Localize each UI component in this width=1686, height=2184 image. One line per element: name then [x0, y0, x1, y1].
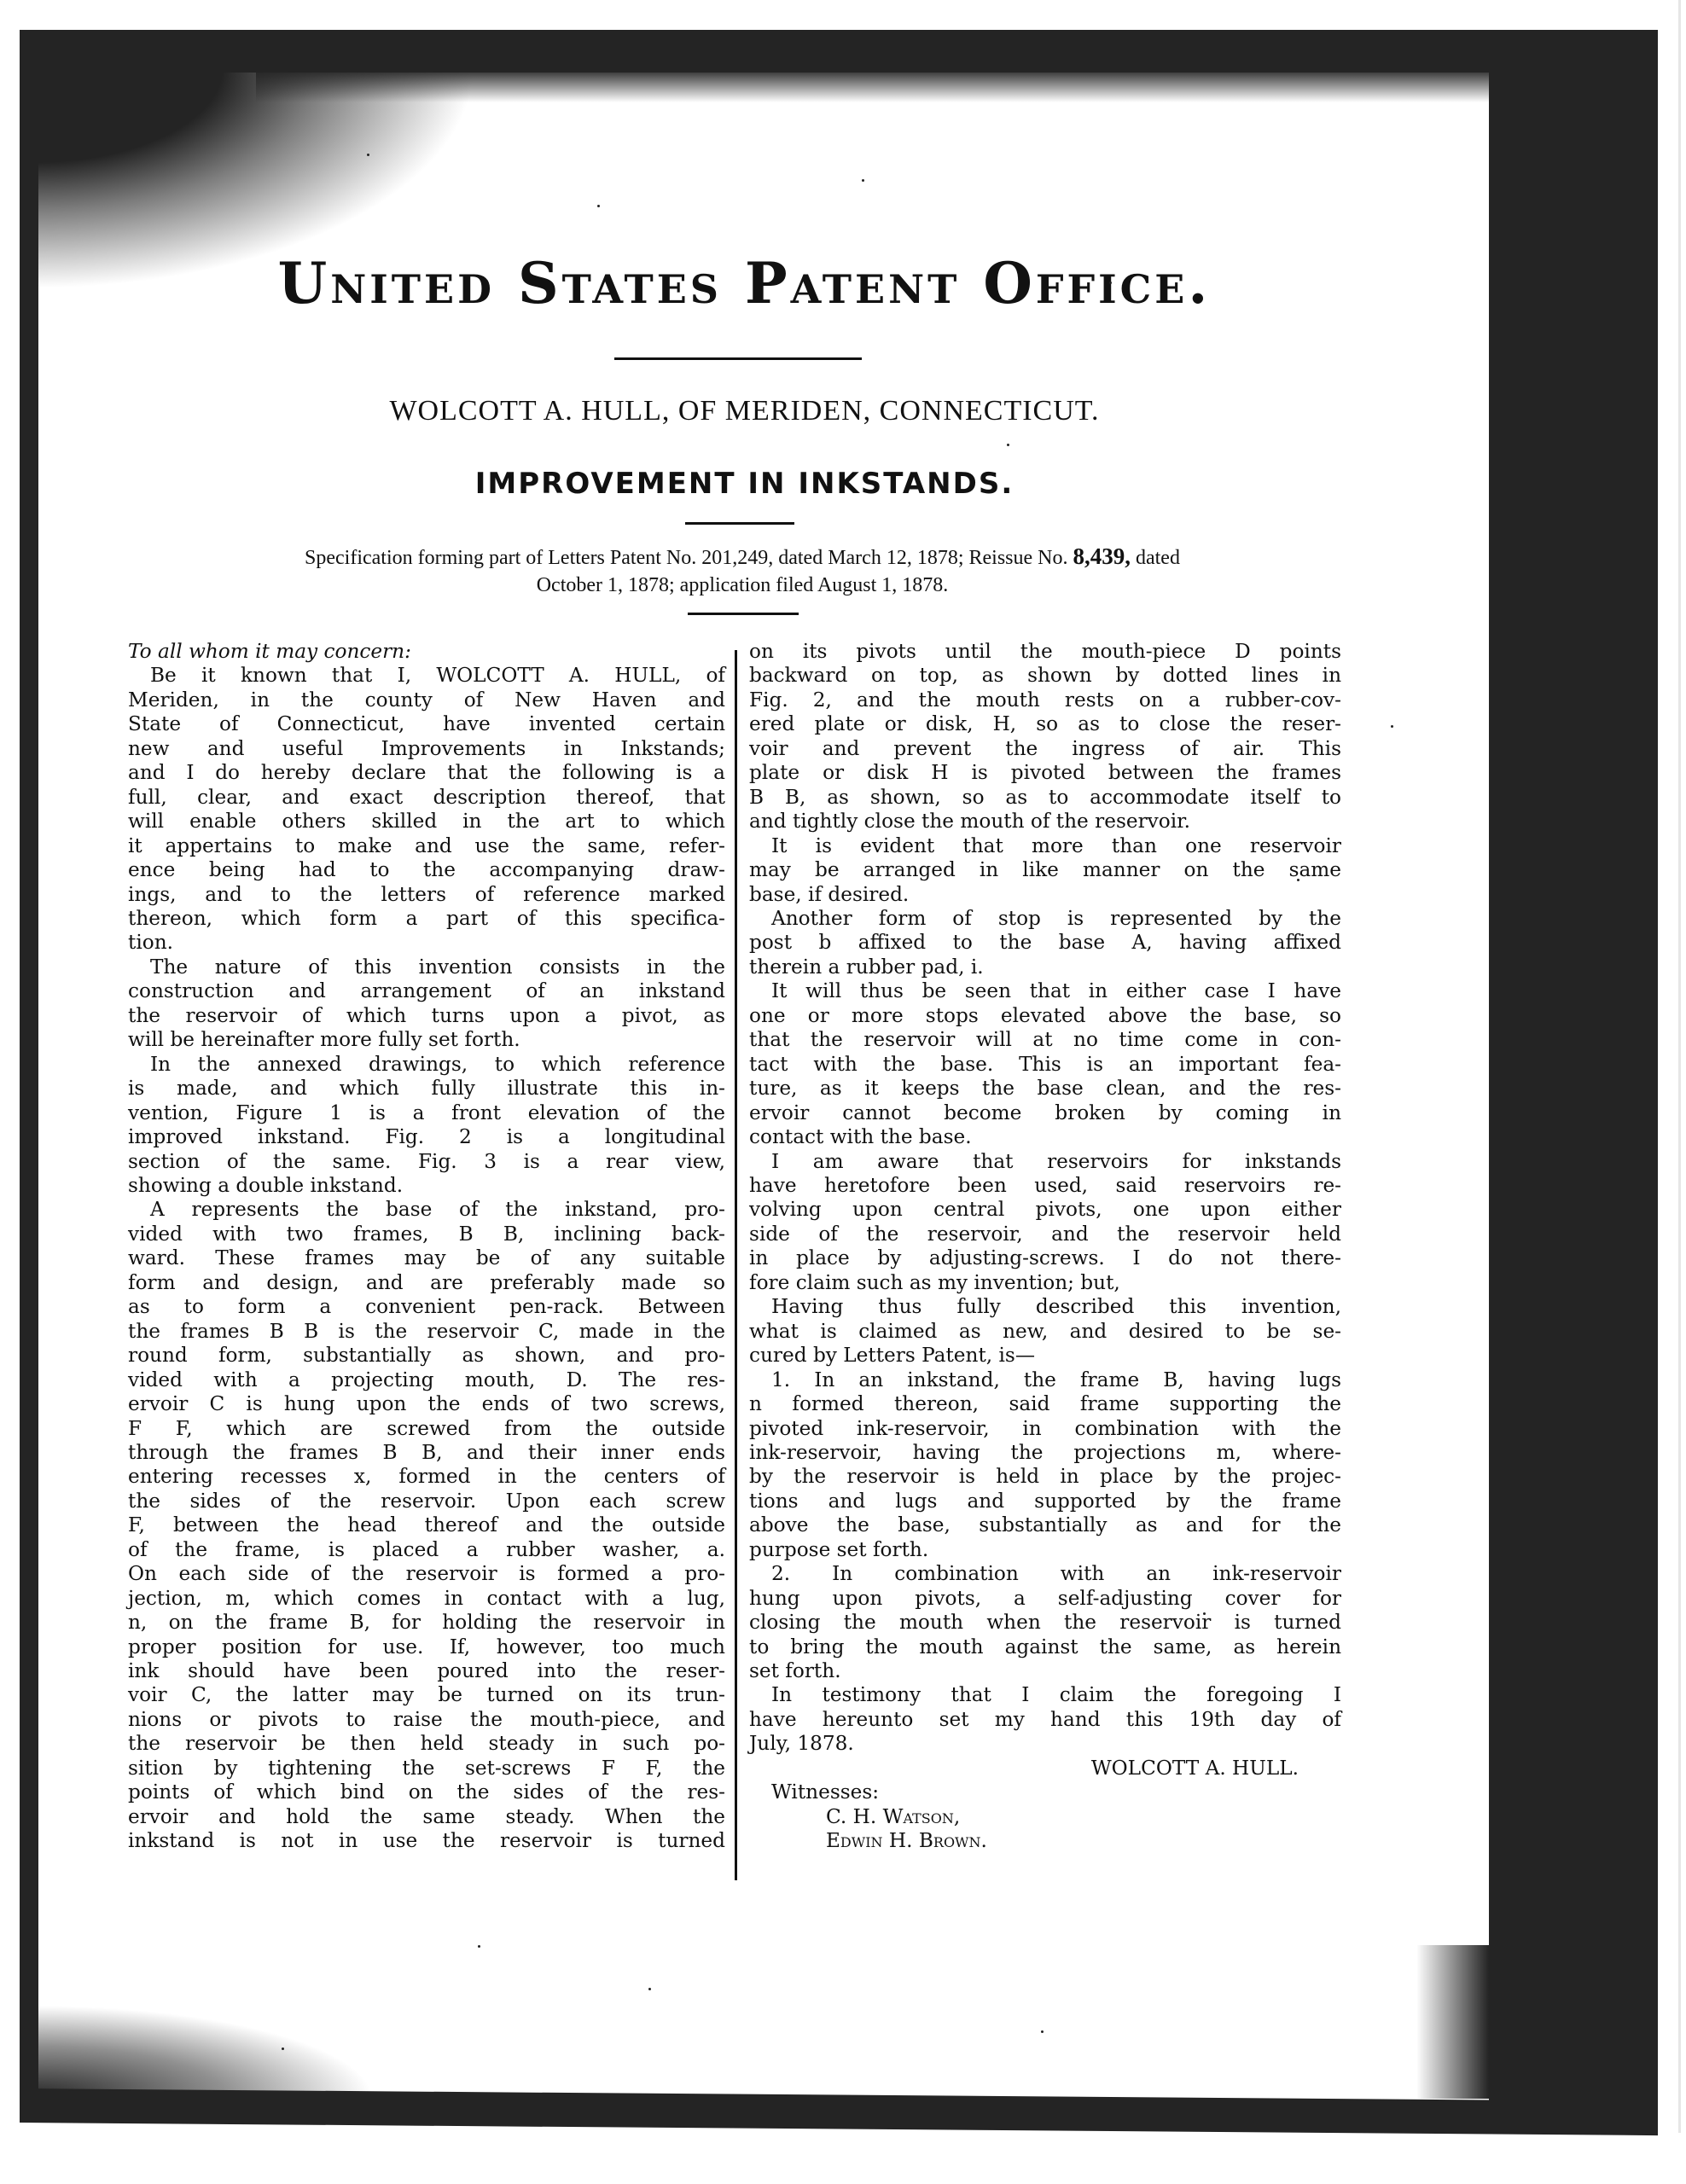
text-line: that the reservoir will at no time come …	[749, 1028, 1341, 1052]
specification-line-1: Specification forming part of Letters Pa…	[145, 543, 1340, 572]
text-line: will be hereinafter more fully set forth…	[128, 1028, 725, 1052]
text-line: ervoir C is hung upon the ends of two sc…	[128, 1392, 725, 1416]
text-line: 1. In an inkstand, the frame B, having l…	[749, 1368, 1341, 1392]
text-line: closing the mouth when the reservoir is …	[749, 1611, 1341, 1635]
scan-border-top	[20, 30, 1658, 73]
text-line: round form, substantially as shown, and …	[128, 1344, 725, 1368]
witness-name: C. H. Watson,	[749, 1805, 1341, 1829]
text-line: post b affixed to the base A, having aff…	[749, 931, 1341, 955]
text-line: section of the same. Fig. 3 is a rear vi…	[128, 1150, 725, 1174]
text-line: have hereunto set my hand this 19th day …	[749, 1708, 1341, 1732]
text-line: Another form of stop is represented by t…	[749, 907, 1341, 931]
text-line: n formed thereon, said frame supporting …	[749, 1392, 1341, 1416]
specification-line: Specification forming part of Letters Pa…	[145, 543, 1340, 599]
text-line: full, clear, and exact description there…	[128, 786, 725, 810]
text-line: may be arranged in like manner on the sa…	[749, 858, 1341, 882]
text-line: ervoir and hold the same steady. When th…	[128, 1805, 725, 1829]
text-line: as to form a convenient pen-rack. Betwee…	[128, 1295, 725, 1319]
text-line: In the annexed drawings, to which refere…	[128, 1053, 725, 1077]
text-line: pivoted ink-reservoir, in combination wi…	[749, 1417, 1341, 1441]
text-line: F F, which are screwed from the outside	[128, 1417, 725, 1441]
patent-subject: IMPROVEMENT IN INKSTANDS.	[0, 466, 1489, 502]
scan-speck	[648, 1988, 651, 1990]
spec-text-1: Specification forming part of Letters Pa…	[305, 547, 1067, 569]
inventor-line: WOLCOTT A. HULL, OF MERIDEN, CONNECTICUT…	[0, 394, 1489, 428]
text-line: Be it known that I, WOLCOTT A. HULL, of	[128, 664, 725, 688]
text-line: and tightly close the mouth of the reser…	[749, 810, 1341, 834]
text-line: ink should have been poured into the res…	[128, 1659, 725, 1683]
text-line: A represents the base of the inkstand, p…	[128, 1198, 725, 1222]
text-line: contact with the base.	[749, 1125, 1341, 1149]
spec-text-2: dated	[1136, 547, 1180, 569]
scan-speck	[478, 1945, 480, 1948]
text-line: vention, Figure 1 is a front elevation o…	[128, 1101, 725, 1125]
text-line: sition by tightening the set-screws F F,…	[128, 1757, 725, 1780]
text-line: voir and prevent the ingress of air. Thi…	[749, 737, 1341, 761]
text-line: tions and lugs and supported by the fram…	[749, 1490, 1341, 1513]
scan-shadow-bottom-left	[34, 2005, 375, 2099]
text-line: hung upon pivots, a self-adjusting cover…	[749, 1587, 1341, 1611]
text-line: the sides of the reservoir. Upon each sc…	[128, 1490, 725, 1513]
text-line: I am aware that reservoirs for inkstands	[749, 1150, 1341, 1174]
scan-speck	[862, 179, 864, 182]
text-line: above the base, substantially as and for…	[749, 1513, 1341, 1537]
scan-shadow-bottom-right	[1416, 1945, 1502, 2099]
text-line: State of Connecticut, have invented cert…	[128, 712, 725, 736]
text-line: ture, as it keeps the base clean, and th…	[749, 1077, 1341, 1101]
scan-speck	[1007, 444, 1009, 446]
inventor-signature: WOLCOTT A. HULL.	[749, 1757, 1341, 1780]
specification-line-2: October 1, 1878; application filed Augus…	[145, 572, 1340, 599]
text-line: set forth.	[749, 1659, 1341, 1683]
scanned-patent-page: United States Patent Office. WOLCOTT A. …	[0, 0, 1686, 2184]
text-line: inkstand is not in use the reservoir is …	[128, 1829, 725, 1853]
text-line: It is evident that more than one reservo…	[749, 834, 1341, 858]
text-line: the reservoir be then held steady in suc…	[128, 1732, 725, 1756]
scan-shadow-top	[256, 68, 1493, 102]
text-line: Meriden, in the county of New Haven and	[128, 688, 725, 712]
text-line: improved inkstand. Fig. 2 is a longitudi…	[128, 1125, 725, 1149]
text-line: new and useful Improvements in Inkstands…	[128, 737, 725, 761]
text-line: form and design, and are preferably made…	[128, 1271, 725, 1295]
text-line: vided with two frames, B B, inclining ba…	[128, 1223, 725, 1246]
text-line: n, on the frame B, for holding the reser…	[128, 1611, 725, 1635]
scan-speck	[1391, 725, 1393, 728]
text-line: therein a rubber pad, i.	[749, 955, 1341, 979]
spec-divider	[688, 613, 799, 615]
text-line: plate or disk H is pivoted between the f…	[749, 761, 1341, 785]
title-divider	[614, 357, 862, 360]
text-line: backward on top, as shown by dotted line…	[749, 664, 1341, 688]
text-line: and I do hereby declare that the followi…	[128, 761, 725, 785]
scan-speck	[282, 2047, 284, 2050]
text-line: On each side of the reservoir is formed …	[128, 1562, 725, 1586]
reissue-number: 8,439,	[1073, 543, 1131, 569]
text-line: To all whom it may concern:	[128, 640, 725, 664]
text-line: It will thus be seen that in either case…	[749, 979, 1341, 1003]
text-line: voir C, the latter may be turned on its …	[128, 1683, 725, 1707]
text-line: B B, as shown, so as to accommodate itse…	[749, 786, 1341, 810]
scan-edge-line	[1678, 0, 1681, 2133]
text-line: the frames B B is the reservoir C, made …	[128, 1320, 725, 1344]
text-line: to bring the mouth against the same, as …	[749, 1635, 1341, 1659]
scan-speck	[1297, 879, 1299, 881]
text-line: entering recesses x, formed in the cente…	[128, 1465, 725, 1489]
subject-divider	[685, 522, 794, 525]
text-line: in place by adjusting-screws. I do not t…	[749, 1246, 1341, 1270]
text-line: the reservoir of which turns upon a pivo…	[128, 1004, 725, 1028]
text-line: it appertains to make and use the same, …	[128, 834, 725, 858]
text-line: cured by Letters Patent, is—	[749, 1344, 1341, 1368]
text-line: have heretofore been used, said reservoi…	[749, 1174, 1341, 1198]
text-line: Fig. 2, and the mouth rests on a rubber-…	[749, 688, 1341, 712]
text-line: through the frames B B, and their inner …	[128, 1441, 725, 1465]
text-line: purpose set forth.	[749, 1538, 1341, 1562]
office-title: United States Patent Office.	[0, 249, 1489, 317]
text-line: vided with a projecting mouth, D. The re…	[128, 1368, 725, 1392]
scan-speck	[367, 154, 369, 156]
text-line: F, between the head thereof and the outs…	[128, 1513, 725, 1537]
text-line: on its pivots until the mouth-piece D po…	[749, 640, 1341, 664]
column-rule	[735, 650, 737, 1880]
text-line: jection, m, which comes in contact with …	[128, 1587, 725, 1611]
text-line: construction and arrangement of an inkst…	[128, 979, 725, 1003]
text-line: thereon, which form a part of this speci…	[128, 907, 725, 931]
scan-speck	[1109, 282, 1112, 284]
text-line: nions or pivots to raise the mouth-piece…	[128, 1708, 725, 1732]
witness-name: Edwin H. Brown.	[749, 1829, 1341, 1853]
text-line: ings, and to the letters of reference ma…	[128, 883, 725, 907]
text-line: of the frame, is placed a rubber washer,…	[128, 1538, 725, 1562]
text-line: ink-reservoir, having the projections m,…	[749, 1441, 1341, 1465]
text-line: base, if desired.	[749, 883, 1341, 907]
left-column: To all whom it may concern:Be it known t…	[128, 640, 725, 1854]
text-line: fore claim such as my invention; but,	[749, 1271, 1341, 1295]
text-line: ward. These frames may be of any suitabl…	[128, 1246, 725, 1270]
text-line: Having thus fully described this inventi…	[749, 1295, 1341, 1319]
text-line: ered plate or disk, H, so as to close th…	[749, 712, 1341, 736]
text-line: by the reservoir is held in place by the…	[749, 1465, 1341, 1489]
scan-speck	[597, 205, 600, 207]
text-line: The nature of this invention consists in…	[128, 955, 725, 979]
text-line: July, 1878.	[749, 1732, 1341, 1756]
text-line: 2. In combination with an ink-reservoir	[749, 1562, 1341, 1586]
text-line: tact with the base. This is an important…	[749, 1053, 1341, 1077]
text-line: tion.	[128, 931, 725, 955]
text-line: will enable others skilled in the art to…	[128, 810, 725, 834]
text-line: proper position for use. If, however, to…	[128, 1635, 725, 1659]
text-line: side of the reservoir, and the reservoir…	[749, 1223, 1341, 1246]
text-line: points of which bind on the sides of the…	[128, 1780, 725, 1804]
text-line: what is claimed as new, and desired to b…	[749, 1320, 1341, 1344]
scan-speck	[1041, 2030, 1044, 2033]
scan-border-right	[1489, 30, 1658, 2124]
text-line: one or more stops elevated above the bas…	[749, 1004, 1341, 1028]
text-line: ervoir cannot become broken by coming in	[749, 1101, 1341, 1125]
text-line: In testimony that I claim the foregoing …	[749, 1683, 1341, 1707]
scan-speck	[1203, 1612, 1206, 1615]
text-line: volving upon central pivots, one upon ei…	[749, 1198, 1341, 1222]
right-column: on its pivots until the mouth-piece D po…	[749, 640, 1341, 1854]
witnesses-label: Witnesses:	[749, 1780, 1341, 1804]
text-line: showing a double inkstand.	[128, 1174, 725, 1198]
text-line: ence being had to the accompanying draw-	[128, 858, 725, 882]
scan-border-left	[20, 30, 38, 2120]
text-line: is made, and which fully illustrate this…	[128, 1077, 725, 1101]
